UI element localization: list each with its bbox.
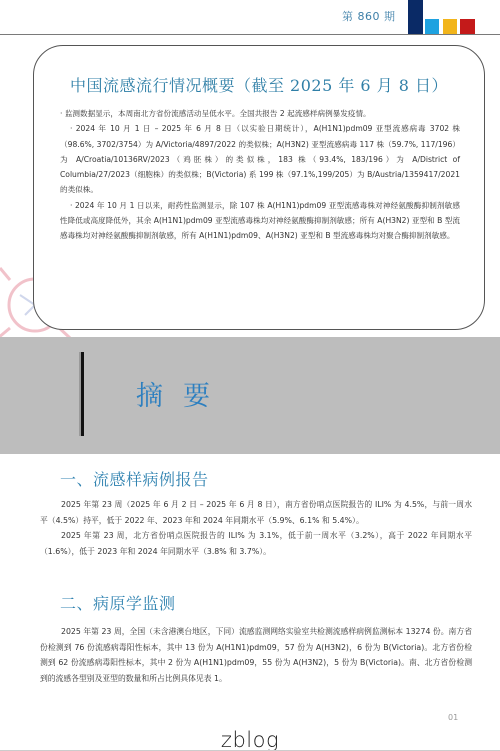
summary-body: · 监测数据显示，本周南北方省份流感活动呈低水平。全国共报告 2 起流感样病例暴… [60,106,460,244]
header-divider [0,34,500,35]
summary-box: 中国流感流行情况概要（截至 2025 年 6 月 8 日） · 监测数据显示，本… [33,45,485,330]
summary-paragraph: · 监测数据显示，本周南北方省份流感活动呈低水平。全国共报告 2 起流感样病例暴… [60,106,460,121]
brand-bar-red [460,19,475,34]
body-paragraph: 2025 年第 23 周，北方省份哨点医院报告的 ILI% 为 3.1%，低于前… [40,528,472,559]
body-paragraph: 2025 年第 23 周，全国（未含港澳台地区，下同）流感监测网络实验室共检测流… [40,624,472,686]
summary-paragraph: · 2024 年 10 月 1 日 – 2025 年 6 月 8 日（以实验日期… [60,121,460,197]
issue-number: 第 860 期 [342,8,396,24]
abstract-banner: 摘要 [0,337,500,454]
watermark: zblog [0,728,500,751]
section-heading-pathogen: 二、病原学监测 [60,591,176,614]
brand-bar-navy [408,0,423,34]
summary-title: 中国流感流行情况概要（截至 2025 年 6 月 8 日） [34,73,484,96]
section-body-ili: 2025 年第 23 周（2025 年 6 月 2 日 – 2025 年 6 月… [40,497,472,559]
section-heading-ili: 一、流感样病例报告 [60,467,209,490]
body-paragraph: 2025 年第 23 周（2025 年 6 月 2 日 – 2025 年 6 月… [40,497,472,528]
section-body-pathogen: 2025 年第 23 周，全国（未含港澳台地区，下同）流感监测网络实验室共检测流… [40,624,472,686]
page-number: 01 [448,713,458,722]
brand-bar-yellow [443,19,457,34]
brand-bar-blue [425,19,439,34]
brand-logo-bars [408,0,498,34]
abstract-title: 摘要 [136,374,230,413]
banner-accent-bar [81,352,84,436]
summary-paragraph: · 2024 年 10 月 1 日以来，耐药性监测显示，除 107 株 A(H1… [60,198,460,244]
